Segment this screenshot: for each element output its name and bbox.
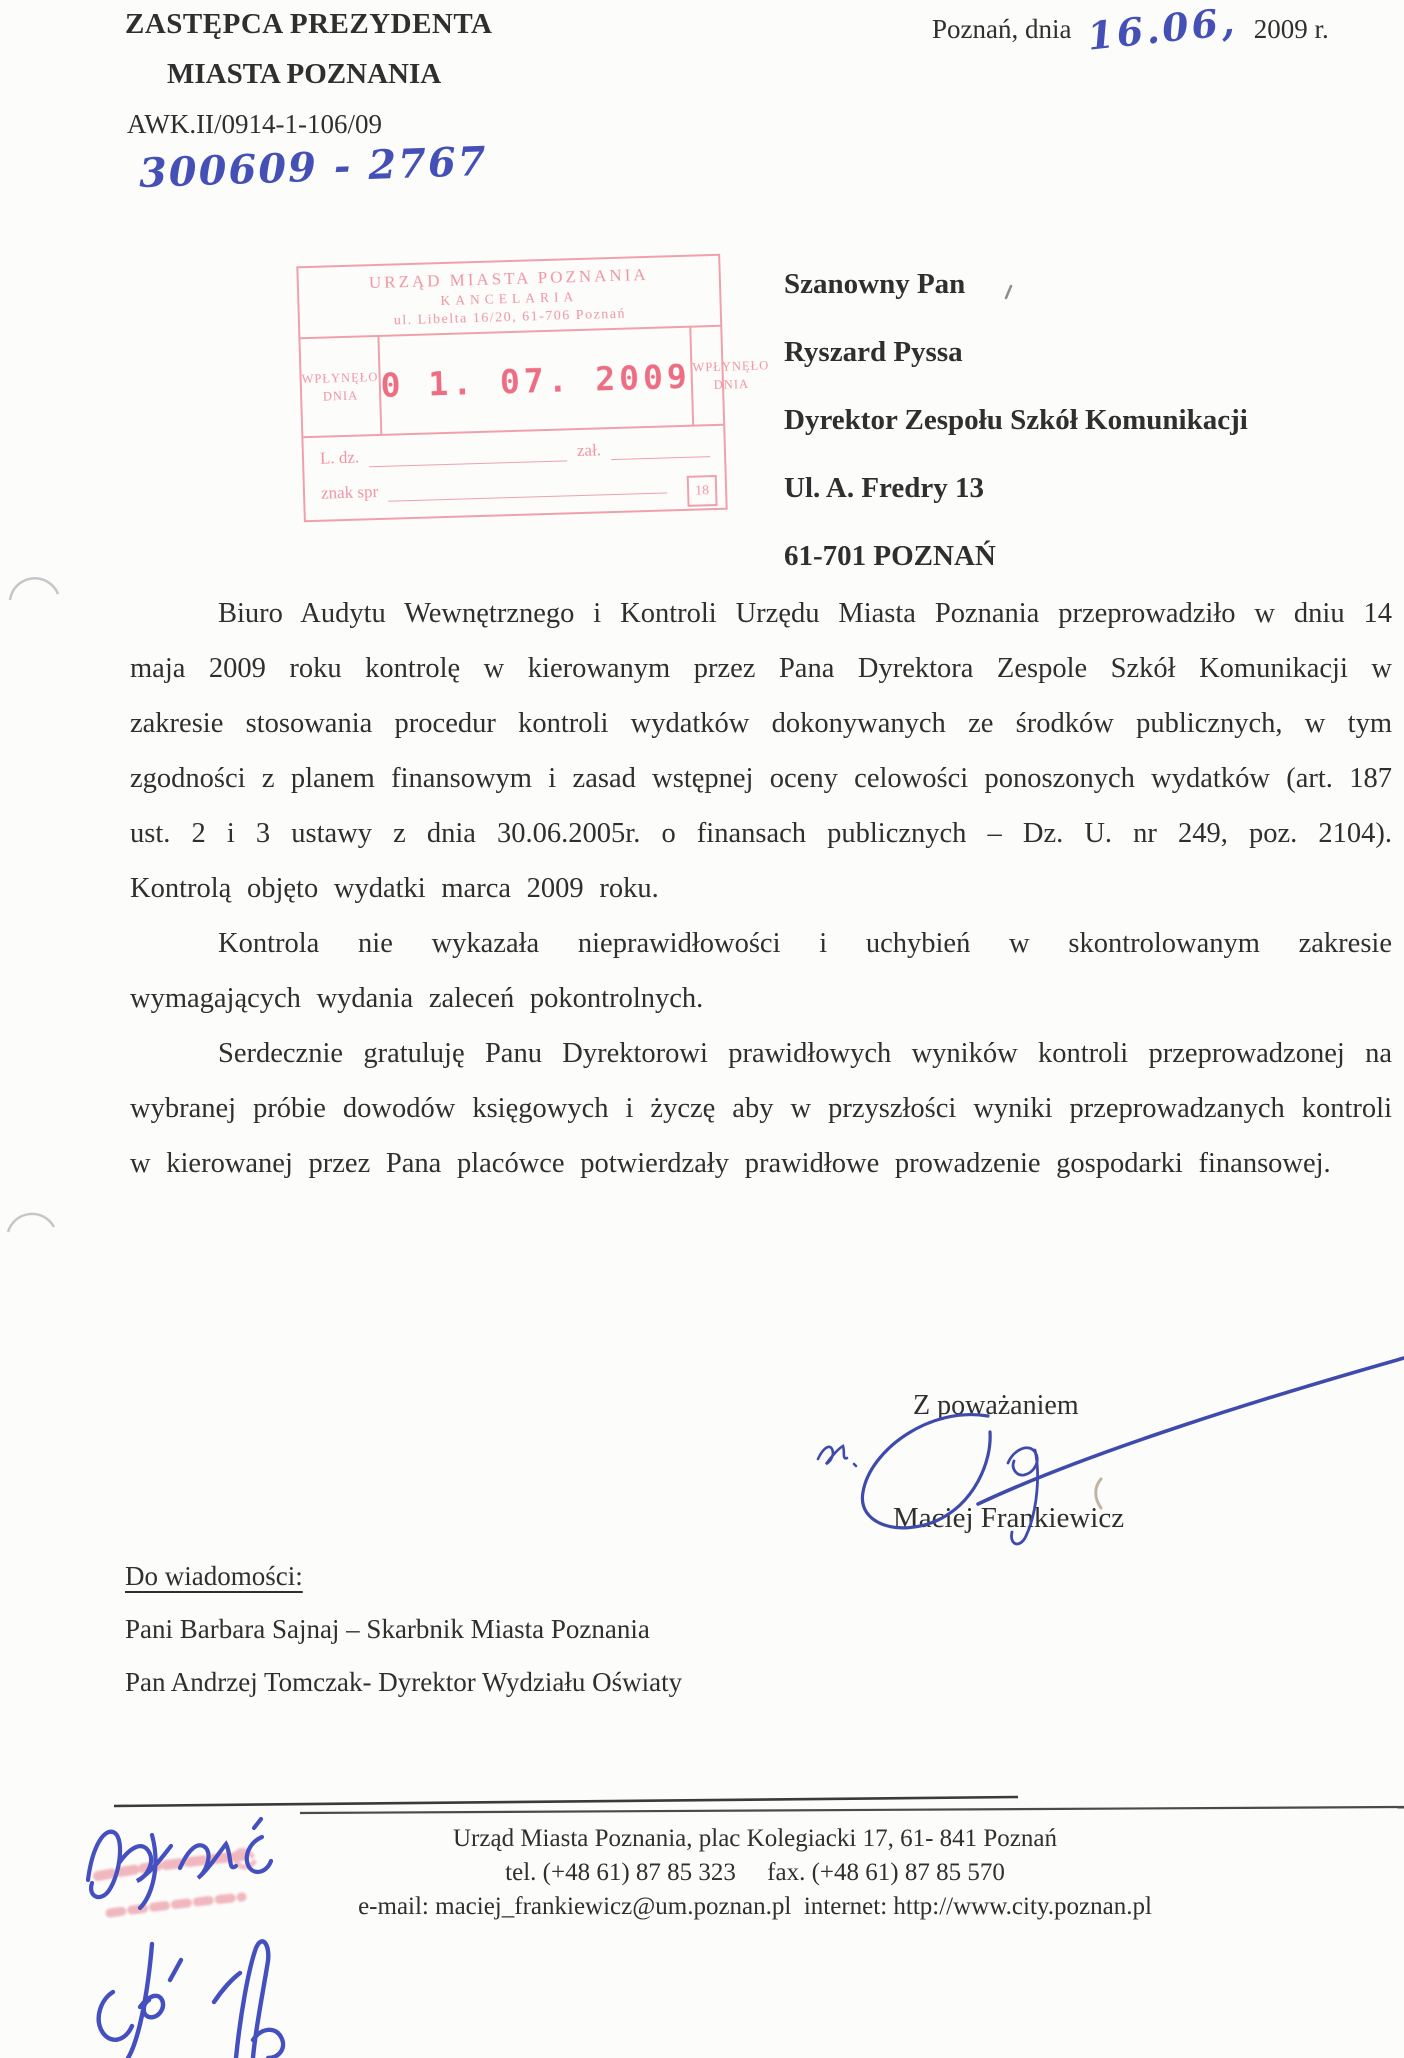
footer-rule-lower bbox=[300, 1807, 1404, 1813]
stamp-received-dnia: DNIA bbox=[713, 374, 749, 393]
stamp-znak-row: znak spr bbox=[321, 471, 711, 504]
stamp-received-label-left: WPŁYNĘŁO DNIA bbox=[300, 337, 382, 436]
footer-rule-upper bbox=[114, 1797, 1018, 1806]
letter-body: Biuro Audytu Wewnętrznego i Kontroli Urz… bbox=[130, 586, 1392, 1191]
body-paragraph-3: Serdecznie gratuluję Panu Dyrektorowi pr… bbox=[130, 1026, 1392, 1191]
footer-email-web: e-mail: maciej_frankiewicz@um.poznan.pl … bbox=[100, 1890, 1404, 1924]
stamp-received-word: WPŁYNĘŁO bbox=[692, 356, 769, 376]
body-paragraph-2: Kontrola nie wykazała nieprawidłowości i… bbox=[130, 916, 1392, 1026]
handwritten-date: 16.06, bbox=[1086, 0, 1240, 59]
cc-block: Do wiadomości: Pani Barbara Sajnaj – Ska… bbox=[125, 1550, 682, 1709]
recipient-salutation: Szanowny Pan bbox=[784, 250, 1248, 318]
signer-name: Maciej Frankiewicz bbox=[893, 1502, 1124, 1535]
cc-item: Pan Andrzej Tomczak- Dyrektor Wydziału O… bbox=[125, 1656, 682, 1709]
sender-title-line1: ZASTĘPCA PREZYDENTA bbox=[125, 8, 493, 41]
stamp-bottom-rows: L. dz. zał. znak spr 18 bbox=[303, 426, 725, 524]
sender-title-line2: MIASTA POZNANIA bbox=[167, 58, 493, 91]
stamp-received-label-right: WPŁYNĘŁO DNIA bbox=[689, 325, 771, 424]
dateline-year: 2009 r. bbox=[1254, 14, 1329, 45]
stamp-znak-label: znak spr bbox=[321, 482, 379, 504]
stamp-zal-label: zał. bbox=[577, 440, 602, 461]
sender-block: ZASTĘPCA PREZYDENTA MIASTA POZNANIA AWK.… bbox=[125, 8, 493, 197]
cc-heading: Do wiadomości: bbox=[125, 1550, 682, 1603]
stamp-znak-blank-line bbox=[388, 472, 667, 501]
recipient-name: Ryszard Pyssa bbox=[784, 318, 1248, 386]
recipient-city: 61-701 POZNAŃ bbox=[784, 522, 1248, 590]
letterhead-footer: Urząd Miasta Poznania, plac Kolegiacki 1… bbox=[100, 1822, 1404, 1924]
recipient-position: Dyrektor Zespołu Szkół Komunikacji bbox=[784, 386, 1248, 454]
cc-item: Pani Barbara Sajnaj – Skarbnik Miasta Po… bbox=[125, 1603, 682, 1656]
registry-stamp: URZĄD MIASTA POZNANIA KANCELARIA ul. Lib… bbox=[296, 254, 727, 522]
stamp-corner-number: 18 bbox=[687, 475, 718, 507]
bottom-signature-scribble bbox=[99, 1941, 283, 2058]
recipient-block: Szanowny Pan Ryszard Pyssa Dyrektor Zesp… bbox=[784, 250, 1248, 590]
stamp-zal-blank-line bbox=[611, 436, 710, 460]
stamp-received-date: 0 1. 07. 2009 bbox=[379, 328, 692, 434]
closing-phrase: Z poważaniem bbox=[913, 1390, 1079, 1422]
stamp-ldz-row: L. dz. zał. bbox=[320, 436, 710, 469]
scan-arc-artifact bbox=[8, 1214, 54, 1232]
footer-phone-fax: tel. (+48 61) 87 85 323 fax. (+48 61) 87… bbox=[100, 1856, 1404, 1890]
stamp-ldz-label: L. dz. bbox=[320, 448, 360, 469]
stamp-frame: URZĄD MIASTA POZNANIA KANCELARIA ul. Lib… bbox=[296, 254, 727, 522]
sender-reference-number: AWK.II/0914-1-106/09 bbox=[127, 109, 493, 140]
scan-arc-artifact bbox=[10, 578, 58, 600]
recipient-street: Ul. A. Fredry 13 bbox=[784, 454, 1248, 522]
stamp-ldz-blank-line bbox=[369, 440, 567, 467]
stamp-header: URZĄD MIASTA POZNANIA KANCELARIA ul. Lib… bbox=[298, 256, 720, 339]
dateline: Poznań, dnia 16.06, 2009 r. bbox=[932, 14, 1329, 51]
body-paragraph-1: Biuro Audytu Wewnętrznego i Kontroli Urz… bbox=[130, 586, 1392, 916]
stamp-received-word: WPŁYNĘŁO bbox=[301, 367, 378, 387]
stamp-middle-row: WPŁYNĘŁO DNIA 0 1. 07. 2009 WPŁYNĘŁO DNI… bbox=[300, 327, 723, 438]
scanned-letter-page: ZASTĘPCA PREZYDENTA MIASTA POZNANIA AWK.… bbox=[0, 0, 1404, 2058]
dateline-place: Poznań, dnia bbox=[932, 14, 1071, 45]
footer-address: Urząd Miasta Poznania, plac Kolegiacki 1… bbox=[100, 1822, 1404, 1856]
handwritten-registry-number: 300609 - 2767 bbox=[138, 138, 493, 197]
stamp-received-dnia: DNIA bbox=[323, 386, 359, 405]
